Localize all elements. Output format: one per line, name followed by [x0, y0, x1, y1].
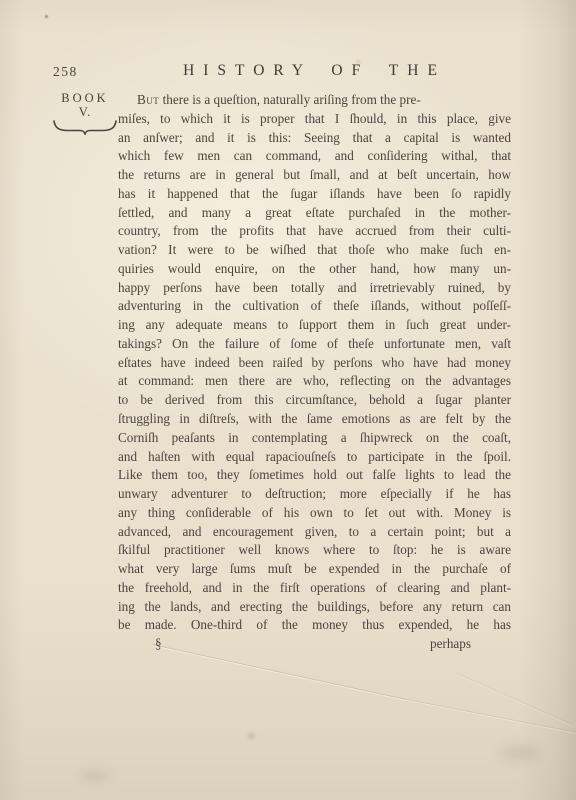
foxing-spot [80, 770, 110, 782]
text-line: at command: men there are who, reflectin… [118, 372, 511, 391]
foxing-spot [248, 733, 255, 739]
text-line: But there is a queſtion, naturally ariſi… [118, 91, 511, 110]
text-line: ing the lands, and erecting the building… [118, 598, 511, 617]
underbrace-icon [52, 120, 118, 135]
margin-note-volume-numeral: V. [52, 105, 118, 119]
body-text-block: But there is a queſtion, naturally ariſi… [118, 91, 511, 635]
text-line: ſettled, and many a great eſtate purchaſ… [118, 204, 511, 223]
running-header: HISTORY OF THE [118, 62, 511, 80]
text-line: Like them too, they ſometimes hold out f… [118, 466, 511, 485]
text-line-rest: there is a queſtion, naturally ariſing f… [159, 92, 420, 107]
text-line: which few men can command, and conſideri… [118, 147, 511, 166]
text-line: vation? It were to be wiſhed that thoſe … [118, 241, 511, 260]
page-number: 258 [53, 64, 78, 80]
text-line: ſkilful practitioner well knows where to… [118, 541, 511, 560]
text-line: an anſwer; and it is this: Seeing that a… [118, 129, 511, 148]
text-line: ſtruggling in diſtreſs, with the ſame em… [118, 410, 511, 429]
text-line: quiries would enquire, on the other hand… [118, 260, 511, 279]
text-line: the returns are in general but ſmall, an… [118, 166, 511, 185]
text-line: be made. One-third of the money thus exp… [118, 616, 511, 635]
text-line: any thing conſiderable of his own to ſet… [118, 504, 511, 523]
text-line: adventuring in the cultivation of theſe … [118, 297, 511, 316]
text-line: to be derived from this circumſtance, be… [118, 391, 511, 410]
text-line: and haſten with equal rapaciouſneſs to p… [118, 448, 511, 467]
paper-crease [455, 672, 575, 727]
scanned-book-page: 258 HISTORY OF THE BOOK V. But there is … [0, 0, 576, 800]
text-line: Corniſh peaſants in contemplating a ſhip… [118, 429, 511, 448]
paragraph-first-word: But [137, 92, 159, 107]
margin-note-book: BOOK V. [52, 91, 118, 135]
text-line: takings? On the failure of ſome of theſe… [118, 335, 511, 354]
text-line: country, from the profits that have accr… [118, 222, 511, 241]
margin-note-book-word: BOOK [52, 91, 118, 105]
text-line: has it happened that the ſugar iſlands h… [118, 185, 511, 204]
signature-mark: § [155, 636, 162, 652]
text-line: ing any adequate means to ſupport them i… [118, 316, 511, 335]
text-line: happy perſons have been totally and irre… [118, 279, 511, 298]
text-line: unwary adventurer to deſtruction; more e… [118, 485, 511, 504]
signature-catchword-row: § perhaps [118, 636, 511, 655]
catchword: perhaps [430, 636, 471, 652]
foxing-spot [45, 15, 48, 18]
paper-crease [402, 698, 576, 734]
text-line: advanced, and encouragement given, to a … [118, 523, 511, 542]
text-line: miſes, to which it is proper that I ſhou… [118, 110, 511, 129]
text-line: the freehold, and in the firſt operation… [118, 579, 511, 598]
text-line: what very large ſums muſt be expended in… [118, 560, 511, 579]
text-line: eſtates have indeed been raiſed by perſo… [118, 354, 511, 373]
foxing-spot [500, 745, 540, 761]
